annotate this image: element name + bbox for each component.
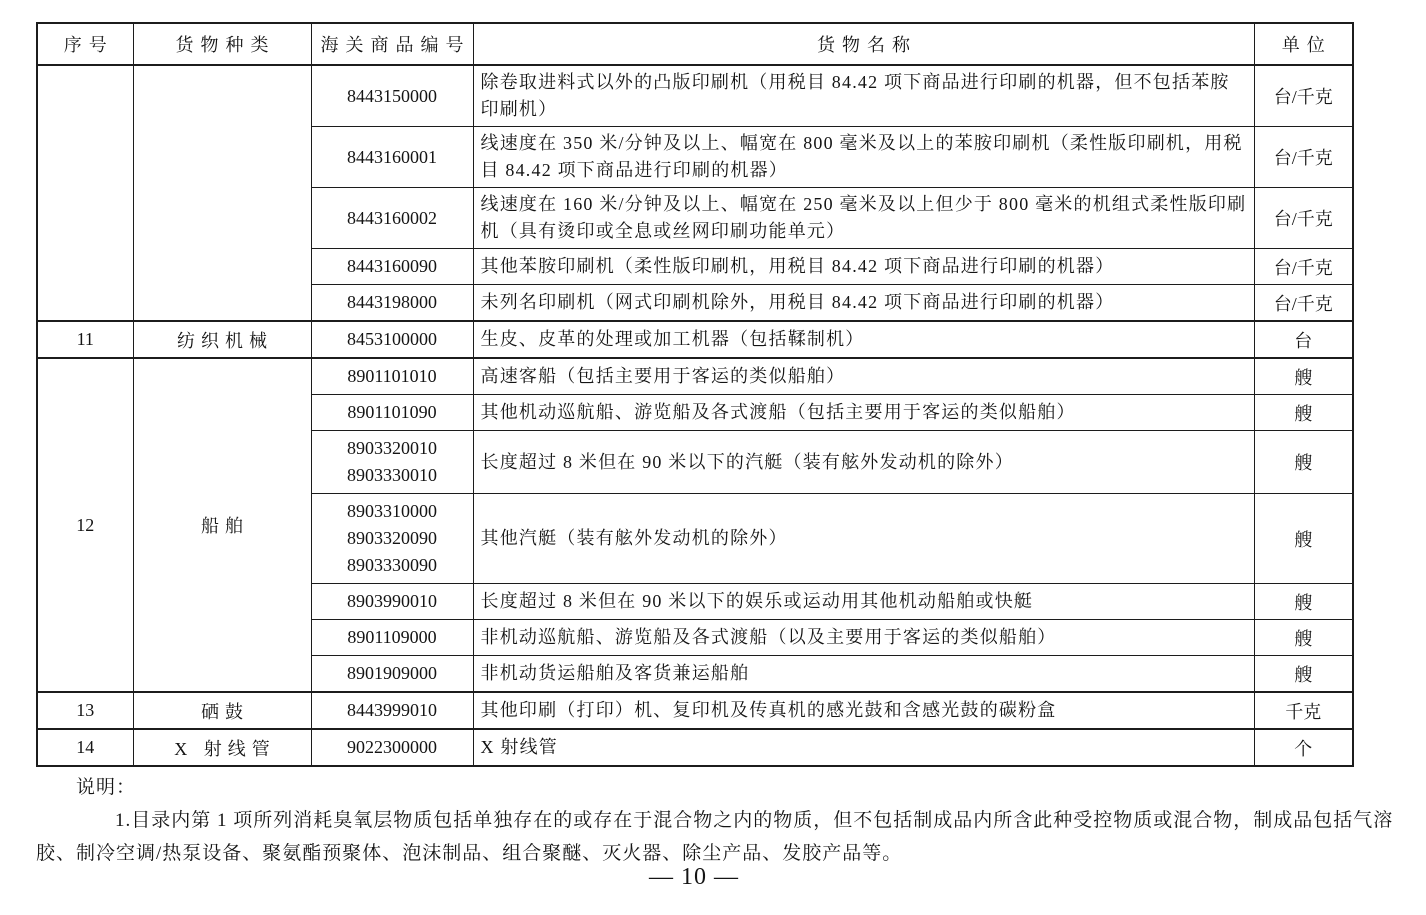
column-header-unit: 单位	[1254, 23, 1353, 65]
hs-code-cell: 8901101010	[311, 358, 473, 395]
table-row: 11纺织机械8453100000生皮、皮革的处理或加工机器（包括鞣制机）台	[37, 321, 1353, 358]
goods-name-cell: 其他印刷（打印）机、复印机及传真机的感光鼓和含感光鼓的碳粉盒	[473, 692, 1254, 729]
hs-code-cell: 8903990010	[311, 584, 473, 620]
hs-code-cell: 9022300000	[311, 729, 473, 766]
table-row: 8443150000除卷取进料式以外的凸版印刷机（用税目 84.42 项下商品进…	[37, 65, 1353, 127]
goods-name-cell: 除卷取进料式以外的凸版印刷机（用税目 84.42 项下商品进行印刷的机器，但不包…	[473, 65, 1254, 127]
unit-cell: 台/千克	[1254, 188, 1353, 249]
category-cell	[133, 65, 311, 321]
column-header-serial: 序号	[37, 23, 133, 65]
hs-code-cell: 8443160002	[311, 188, 473, 249]
hs-code-cell: 8453100000	[311, 321, 473, 358]
unit-cell: 台/千克	[1254, 127, 1353, 188]
hs-code-cell: 8443150000	[311, 65, 473, 127]
unit-cell: 艘	[1254, 431, 1353, 494]
table-row: 13硒鼓8443999010其他印刷（打印）机、复印机及传真机的感光鼓和含感光鼓…	[37, 692, 1353, 729]
page-number: — 10 —	[36, 864, 1352, 891]
unit-cell: 个	[1254, 729, 1353, 766]
hs-code-cell: 8443198000	[311, 285, 473, 322]
goods-name-cell: 非机动巡航船、游览船及各式渡船（以及主要用于客运的类似船舶）	[473, 620, 1254, 656]
serial-cell	[37, 65, 133, 321]
goods-name-cell: 其他汽艇（装有舷外发动机的除外）	[473, 494, 1254, 584]
unit-cell: 艘	[1254, 358, 1353, 395]
hs-code-cell: 8443160001	[311, 127, 473, 188]
goods-name-cell: 高速客船（包括主要用于客运的类似船舶）	[473, 358, 1254, 395]
category-cell: 船舶	[133, 358, 311, 692]
goods-name-cell: 线速度在 350 米/分钟及以上、幅宽在 800 毫米及以上的苯胺印刷机（柔性版…	[473, 127, 1254, 188]
goods-name-cell: 线速度在 160 米/分钟及以上、幅宽在 250 毫米及以上但少于 800 毫米…	[473, 188, 1254, 249]
goods-name-cell: 长度超过 8 米但在 90 米以下的娱乐或运动用其他机动船舶或快艇	[473, 584, 1254, 620]
document-sheet: 序号 货物种类 海关商品编号 货物名称 单位 8443150000除卷取进料式以…	[0, 0, 1426, 915]
goods-table-header: 序号 货物种类 海关商品编号 货物名称 单位	[37, 23, 1353, 65]
unit-cell: 台	[1254, 321, 1353, 358]
unit-cell: 艘	[1254, 620, 1353, 656]
unit-cell: 千克	[1254, 692, 1353, 729]
notes-section: 说明： 1.目录内第 1 项所列消耗臭氧层物质包括单独存在的或存在于混合物之内的…	[36, 771, 1398, 870]
header-row: 序号 货物种类 海关商品编号 货物名称 单位	[37, 23, 1353, 65]
serial-cell: 11	[37, 321, 133, 358]
hs-code-cell: 8901109000	[311, 620, 473, 656]
column-header-hs-code: 海关商品编号	[311, 23, 473, 65]
hs-code-cell: 8443999010	[311, 692, 473, 729]
hs-code-cell: 8903310000 8903320090 8903330090	[311, 494, 473, 584]
unit-cell: 艘	[1254, 494, 1353, 584]
goods-name-cell: 未列名印刷机（网式印刷机除外，用税目 84.42 项下商品进行印刷的机器）	[473, 285, 1254, 322]
category-cell: X 射线管	[133, 729, 311, 766]
goods-name-cell: 非机动货运船舶及客货兼运船舶	[473, 656, 1254, 693]
unit-cell: 艘	[1254, 395, 1353, 431]
unit-cell: 艘	[1254, 656, 1353, 693]
column-header-goods-name: 货物名称	[473, 23, 1254, 65]
goods-table: 序号 货物种类 海关商品编号 货物名称 单位 8443150000除卷取进料式以…	[36, 22, 1354, 767]
goods-name-cell: 其他苯胺印刷机（柔性版印刷机，用税目 84.42 项下商品进行印刷的机器）	[473, 249, 1254, 285]
goods-name-cell: X 射线管	[473, 729, 1254, 766]
column-header-category: 货物种类	[133, 23, 311, 65]
unit-cell: 台/千克	[1254, 65, 1353, 127]
hs-code-cell: 8901101090	[311, 395, 473, 431]
serial-cell: 12	[37, 358, 133, 692]
hs-code-cell: 8443160090	[311, 249, 473, 285]
table-row: 12船舶8901101010高速客船（包括主要用于客运的类似船舶）艘	[37, 358, 1353, 395]
goods-table-body: 8443150000除卷取进料式以外的凸版印刷机（用税目 84.42 项下商品进…	[37, 65, 1353, 766]
category-cell: 纺织机械	[133, 321, 311, 358]
goods-name-cell: 生皮、皮革的处理或加工机器（包括鞣制机）	[473, 321, 1254, 358]
hs-code-cell: 8903320010 8903330010	[311, 431, 473, 494]
serial-cell: 14	[37, 729, 133, 766]
unit-cell: 艘	[1254, 584, 1353, 620]
serial-cell: 13	[37, 692, 133, 729]
table-row: 14X 射线管9022300000X 射线管个	[37, 729, 1353, 766]
category-cell: 硒鼓	[133, 692, 311, 729]
hs-code-cell: 8901909000	[311, 656, 473, 693]
goods-name-cell: 长度超过 8 米但在 90 米以下的汽艇（装有舷外发动机的除外）	[473, 431, 1254, 494]
unit-cell: 台/千克	[1254, 249, 1353, 285]
unit-cell: 台/千克	[1254, 285, 1353, 322]
goods-name-cell: 其他机动巡航船、游览船及各式渡船（包括主要用于客运的类似船舶）	[473, 395, 1254, 431]
note-item: 1.目录内第 1 项所列消耗臭氧层物质包括单独存在的或存在于混合物之内的物质，但…	[36, 804, 1398, 870]
notes-title: 说明：	[36, 771, 1398, 804]
